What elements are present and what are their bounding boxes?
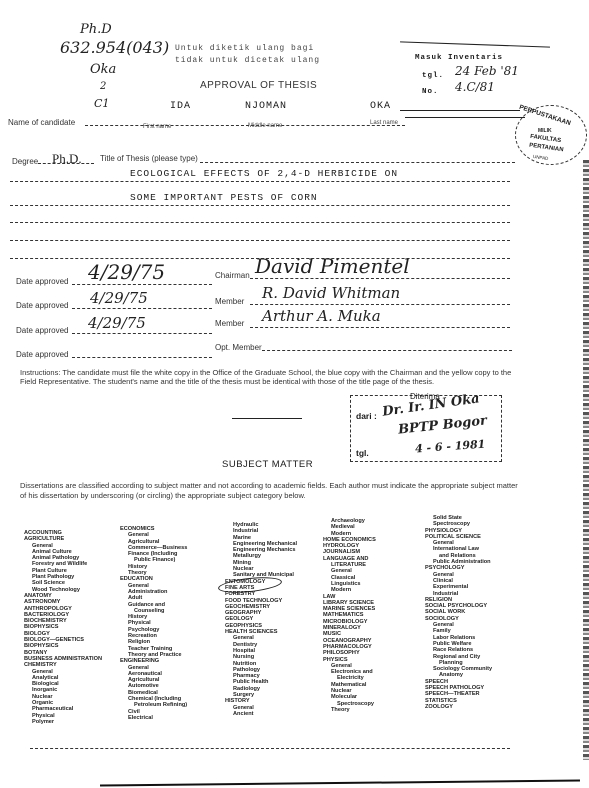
subject-column-4: ArchaeologyMedievalModernHOME ECONOMICSH… (323, 518, 376, 713)
role-label-opt-member: Opt. Member (215, 343, 262, 352)
received-date-label: tgl. (356, 448, 369, 458)
date-line-3 (72, 333, 212, 334)
candidate-name-line (85, 125, 405, 126)
degree-line (38, 163, 94, 164)
signature-line-2 (250, 304, 510, 305)
thesis-title-label: Title of Thesis (please type) (100, 154, 198, 163)
divider-short (232, 418, 302, 419)
date-approved-label-4: Date approved (16, 350, 68, 359)
handwritten-copy-code: C1 (94, 97, 109, 110)
date-approved-value-3: 4/29/75 (88, 314, 146, 332)
inventory-label: Masuk Inventaris (415, 54, 503, 62)
subject-item: Theory (323, 707, 376, 713)
signature-member-1: R. David Whitman (262, 284, 400, 302)
handwritten-degree: Ph.D (80, 22, 112, 37)
header-note-2: tidak untuk dicetak ulang (175, 56, 320, 65)
candidate-first-name: IDA (170, 101, 191, 112)
subject-column-5: Solid StateSpectroscopyPHYSIOLOGYPOLITIC… (425, 515, 492, 710)
handwritten-author-code: Oka (90, 62, 116, 77)
page-title: APPROVAL OF THESIS (200, 80, 317, 91)
subject-item: OCEANOGRAPHY (323, 638, 376, 644)
title-line-1-rule (10, 181, 510, 182)
candidate-middle-name: NJOMAN (245, 101, 287, 112)
thesis-title-line-1: ECOLOGICAL EFFECTS OF 2,4-D HERBICIDE ON (130, 168, 398, 179)
date-line-1 (72, 284, 212, 285)
date-approved-value-1: 4/29/75 (88, 260, 165, 284)
signature-chairman: David Pimentel (255, 254, 410, 278)
last-name-caption: Last name (370, 120, 398, 126)
date-approved-label-2: Date approved (16, 301, 68, 310)
inventory-number-label: No. (422, 88, 439, 96)
role-label-member-2: Member (215, 319, 244, 328)
subject-item: ZOOLOGY (425, 704, 492, 710)
handwritten-copy-number: 2 (100, 81, 106, 92)
subject-item: Ancient (225, 711, 297, 717)
subject-item: Electrical (120, 715, 187, 721)
title-line-2-rule (10, 205, 510, 206)
degree-label: Degree (12, 157, 38, 166)
inventory-number-value: 4.C/81 (455, 80, 495, 94)
middle-name-caption: Middle name (248, 123, 282, 129)
signature-line-1 (250, 278, 510, 279)
last-name-line-extension (400, 110, 520, 111)
date-approved-label-1: Date approved (16, 277, 68, 286)
subject-column-1: ACCOUNTINGAGRICULTUREGeneralAnimal Cultu… (24, 530, 102, 725)
handwritten-call-number: 632.954(043) (60, 38, 169, 57)
bottom-edge-line (100, 779, 580, 786)
date-approved-value-2: 4/29/75 (90, 289, 148, 307)
date-approved-label-3: Date approved (16, 326, 68, 335)
role-label-member-1: Member (215, 297, 244, 306)
inventory-top-line (400, 41, 550, 47)
signature-line-3 (250, 327, 510, 328)
header-note-1: Untuk diketik ulang bagi (175, 44, 314, 53)
signature-line-4 (262, 350, 512, 351)
candidate-label: Name of candidate (8, 118, 75, 127)
thesis-title-line-2: SOME IMPORTANT PESTS OF CORN (130, 192, 318, 203)
first-name-caption: First name (143, 124, 171, 130)
stamp-text-milik: MILIK (538, 128, 552, 134)
role-label-chairman: Chairman (215, 271, 250, 280)
subject-item: Polymer (24, 719, 102, 725)
subject-column-3: HydraulicIndustrialMarineEngineering Mec… (225, 522, 297, 717)
scan-edge-strip (583, 160, 589, 760)
title-line-3-rule (10, 222, 510, 223)
signature-member-2: Arthur A. Muka (262, 307, 381, 325)
title-label-line (200, 162, 515, 163)
subject-instructions: Dissertations are classified according t… (20, 481, 520, 501)
instructions-text: Instructions: The candidate must file th… (20, 368, 520, 386)
date-line-2 (72, 308, 212, 309)
title-line-4-rule (10, 240, 510, 241)
last-name-line (405, 117, 525, 118)
bottom-dotted-line (30, 748, 510, 749)
received-from-label: dari : (356, 411, 377, 421)
inventory-date-label: tgl. (422, 72, 444, 80)
subject-matter-heading: SUBJECT MATTER (222, 459, 313, 470)
degree-value: Ph.D. (52, 151, 82, 167)
date-line-4 (72, 357, 212, 358)
inventory-date-value: 24 Feb '81 (455, 64, 519, 78)
candidate-last-name: OKA (370, 101, 391, 112)
subject-column-2: ECONOMICSGeneralAgriculturalCommerce—Bus… (120, 526, 187, 721)
